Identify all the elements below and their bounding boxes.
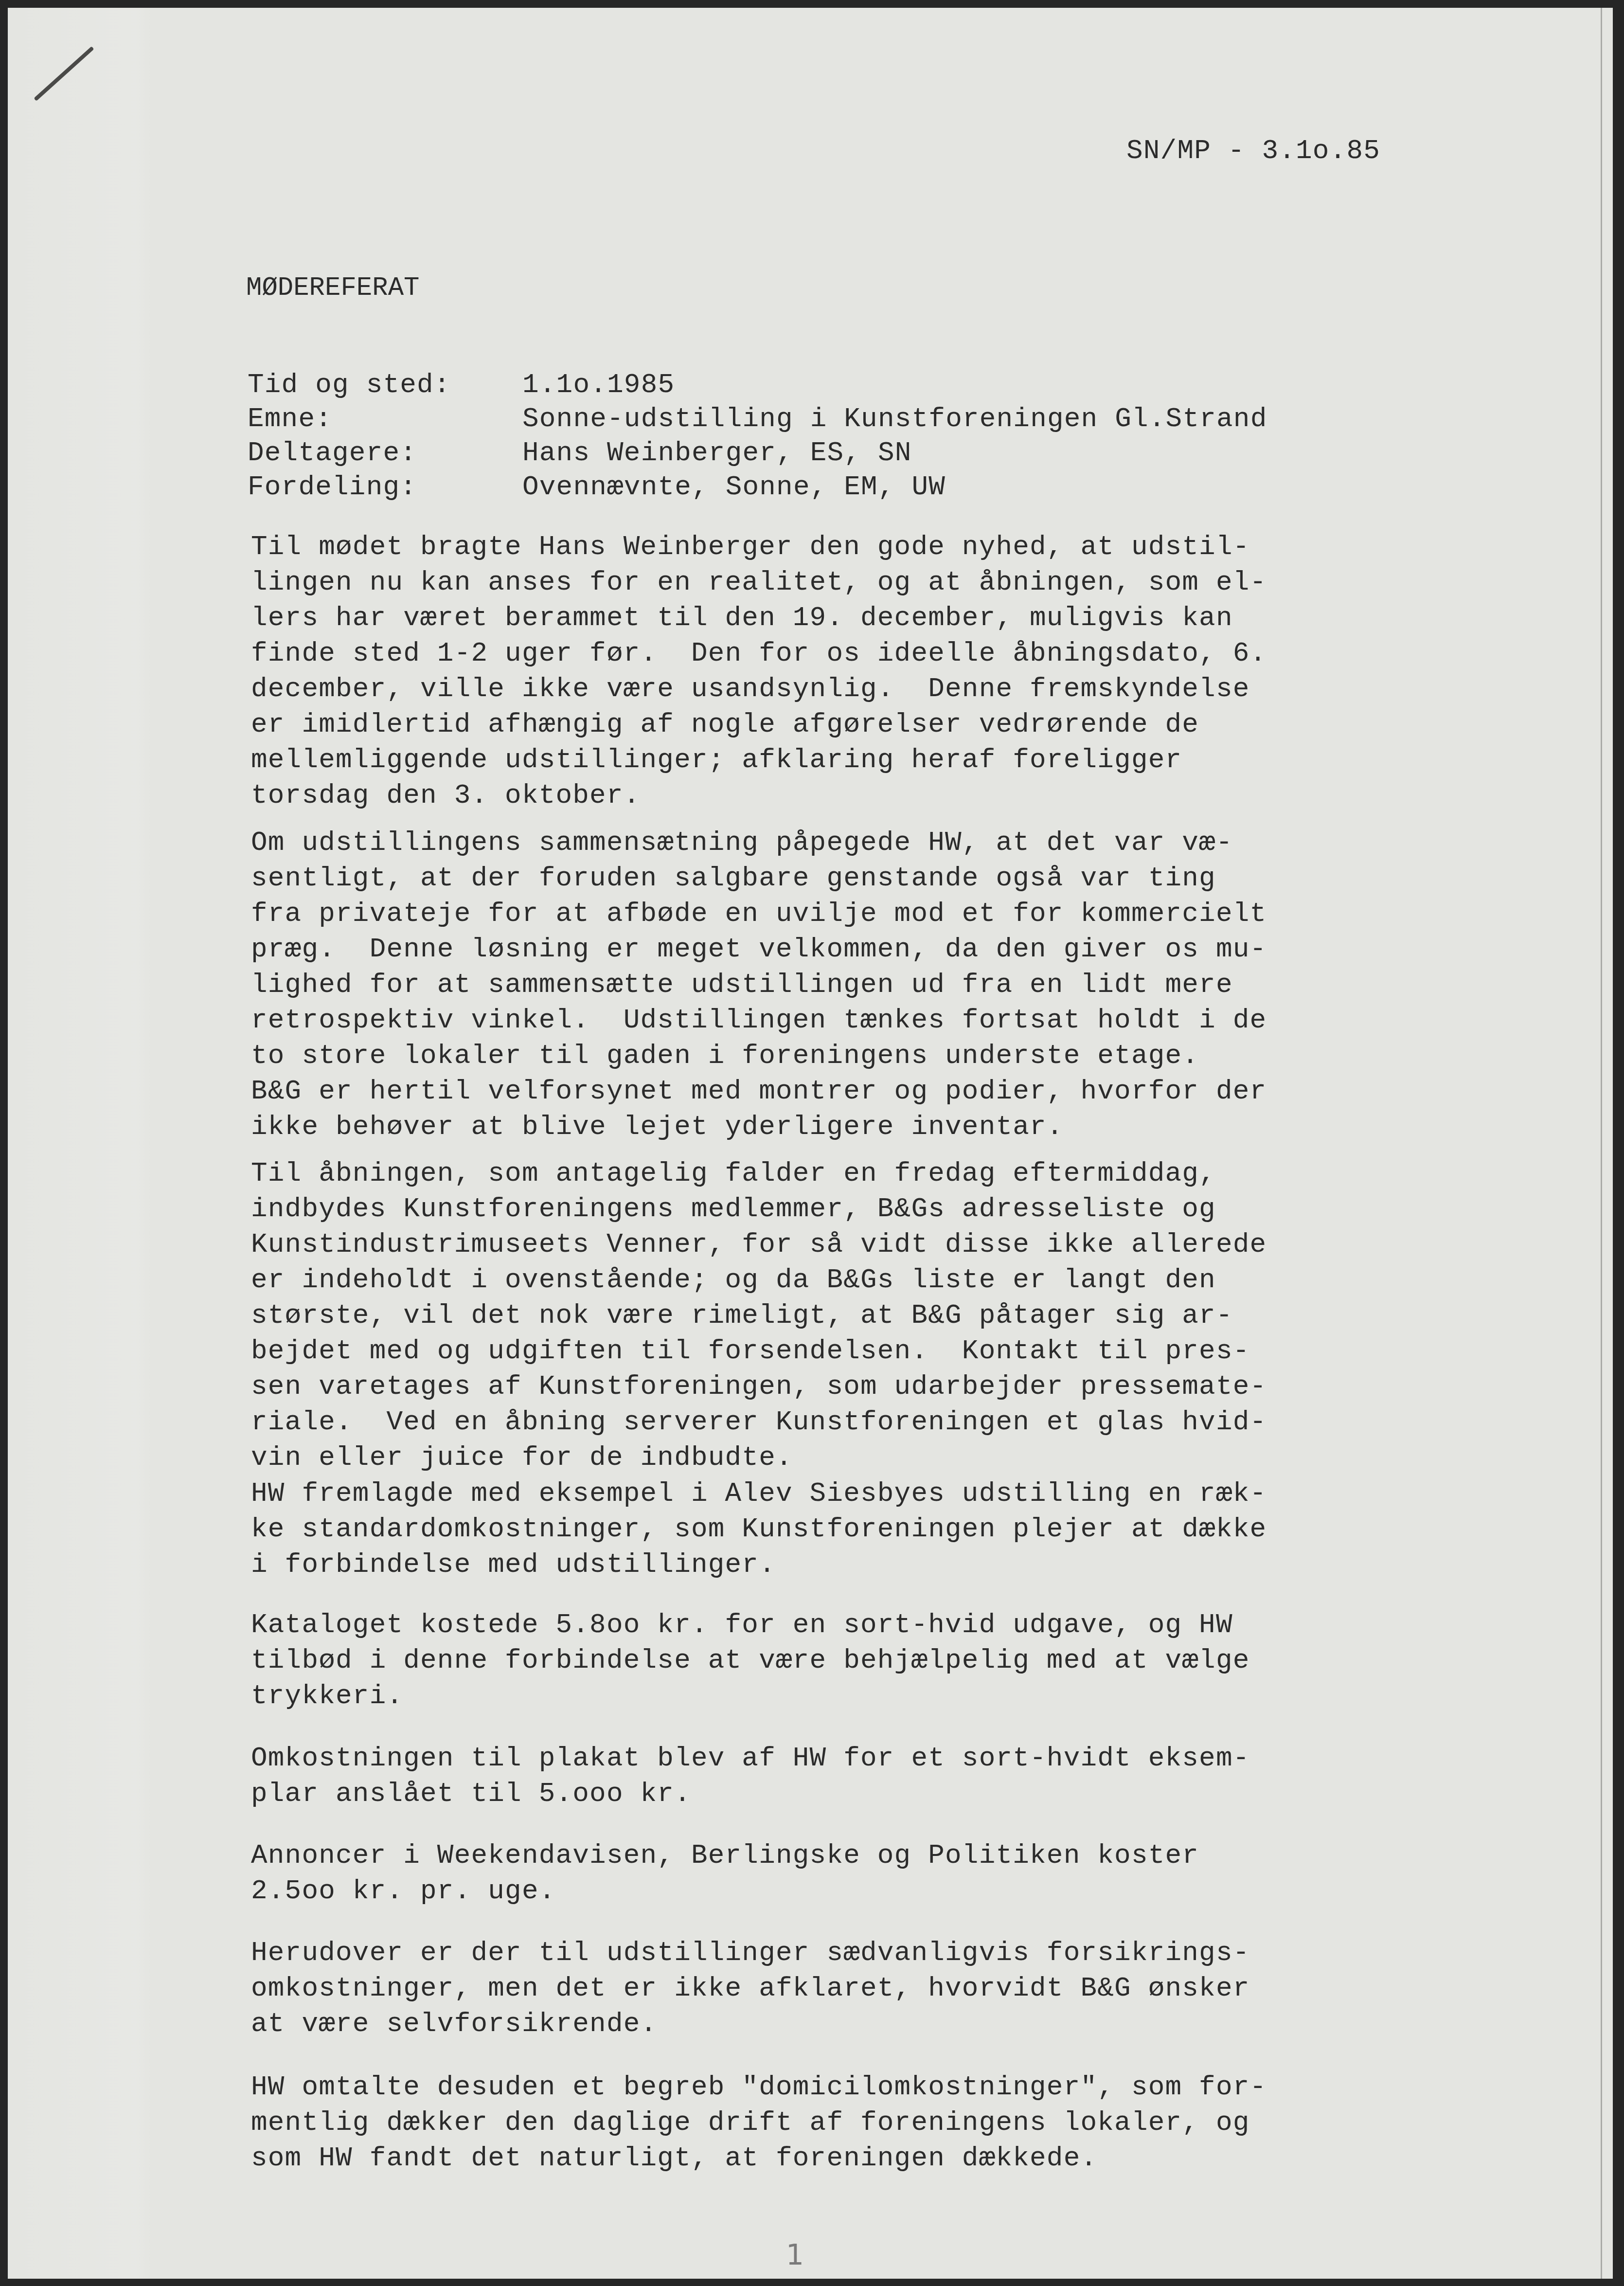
text-line: største, vil det nok være rimeligt, at B… xyxy=(251,1298,1447,1333)
text-line: december, ville ikke være usandsynlig. D… xyxy=(251,671,1447,707)
meta-value: Hans Weinberger, ES, SN xyxy=(522,436,912,470)
paragraph-composition: Om udstillingens sammensætning påpegede … xyxy=(251,825,1447,1145)
text-line: trykkeri. xyxy=(251,1678,1447,1714)
text-line: at være selvforsikrende. xyxy=(251,2006,1447,2042)
document-title: MØDEREFERAT xyxy=(246,270,419,306)
text-line: torsdag den 3. oktober. xyxy=(251,778,1447,813)
reference-date: SN/MP - 3.1o.85 xyxy=(1126,133,1380,169)
text-line: riale. Ved en åbning serverer Kunstforen… xyxy=(251,1404,1447,1440)
text-line: er indeholdt i ovenstående; og da B&Gs l… xyxy=(251,1262,1447,1298)
pen-stroke-mark xyxy=(34,46,94,101)
text-line: tilbød i denne forbindelse at være behjæ… xyxy=(251,1643,1447,1678)
paragraph-catalogue: Kataloget kostede 5.8oo kr. for en sort-… xyxy=(251,1607,1447,1714)
text-line: fra privateje for at afbøde en uvilje mo… xyxy=(251,896,1447,932)
paragraph-poster: Omkostningen til plakat blev af HW for e… xyxy=(251,1741,1447,1812)
meta-label: Tid og sted: xyxy=(248,368,451,402)
text-line: finde sted 1-2 uger før. Den for os idee… xyxy=(251,636,1447,671)
paragraph-invitations: Til åbningen, som antagelig falder en fr… xyxy=(251,1156,1447,1476)
text-line: bejdet med og udgiften til forsendelsen.… xyxy=(251,1333,1447,1369)
text-line: B&G er hertil velforsynet med montrer og… xyxy=(251,1074,1447,1109)
text-line: omkostninger, men det er ikke afklaret, … xyxy=(251,1971,1447,2006)
text-line: Kataloget kostede 5.8oo kr. for en sort-… xyxy=(251,1607,1447,1643)
meta-value: Sonne-udstilling i Kunstforeningen Gl.St… xyxy=(522,402,1267,436)
text-line: Til åbningen, som antagelig falder en fr… xyxy=(251,1156,1447,1191)
text-line: Til mødet bragte Hans Weinberger den god… xyxy=(251,529,1447,565)
text-line: Kunstindustrimuseets Venner, for så vidt… xyxy=(251,1227,1447,1262)
text-line: sentligt, at der foruden salgbare gensta… xyxy=(251,861,1447,896)
page-edge-shadow xyxy=(1601,8,1602,2279)
text-line: er imidlertid afhængig af nogle afgørels… xyxy=(251,707,1447,742)
paragraph-insurance: Herudover er der til udstillinger sædvan… xyxy=(251,1935,1447,2042)
paragraph-standard-costs: HW fremlagde med eksempel i Alev Siesbye… xyxy=(251,1476,1447,1583)
text-line: vin eller juice for de indbudte. xyxy=(251,1440,1447,1476)
text-line: i forbindelse med udstillinger. xyxy=(251,1547,1447,1583)
text-line: Om udstillingens sammensætning påpegede … xyxy=(251,825,1447,861)
text-line: lers har været berammet til den 19. dece… xyxy=(251,600,1447,636)
meta-value: 1.1o.1985 xyxy=(522,368,675,402)
meta-label: Deltagere: xyxy=(248,436,417,470)
paragraph-advertising: Annoncer i Weekendavisen, Berlingske og … xyxy=(251,1838,1447,1909)
text-line: Herudover er der til udstillinger sædvan… xyxy=(251,1935,1447,1971)
text-line: Annoncer i Weekendavisen, Berlingske og … xyxy=(251,1838,1447,1873)
text-line: plar anslået til 5.ooo kr. xyxy=(251,1776,1447,1812)
text-line: mellemliggende udstillinger; afklaring h… xyxy=(251,742,1447,778)
text-line: lingen nu kan anses for en realitet, og … xyxy=(251,565,1447,600)
text-line: som HW fandt det naturligt, at foreninge… xyxy=(251,2141,1447,2176)
meta-label: Fordeling: xyxy=(248,470,417,504)
paragraph-domicile-costs: HW omtalte desuden et begreb "domicilomk… xyxy=(251,2070,1447,2176)
text-line: lighed for at sammensætte udstillingen u… xyxy=(251,967,1447,1003)
text-line: ke standardomkostninger, som Kunstforeni… xyxy=(251,1512,1447,1547)
text-line: ikke behøver at blive lejet yderligere i… xyxy=(251,1109,1447,1145)
text-line: mentlig dækker den daglige drift af fore… xyxy=(251,2105,1447,2141)
handwritten-page-number: 1 xyxy=(786,2238,804,2271)
text-line: HW omtalte desuden et begreb "domicilomk… xyxy=(251,2070,1447,2105)
paragraph-opening-news: Til mødet bragte Hans Weinberger den god… xyxy=(251,529,1447,813)
document-page: SN/MP - 3.1o.85 MØDEREFERAT Tid og sted:… xyxy=(8,8,1613,2279)
text-line: sen varetages af Kunstforeningen, som ud… xyxy=(251,1369,1447,1404)
text-line: Omkostningen til plakat blev af HW for e… xyxy=(251,1741,1447,1776)
text-line: præg. Denne løsning er meget velkommen, … xyxy=(251,932,1447,967)
text-line: to store lokaler til gaden i foreningens… xyxy=(251,1038,1447,1074)
text-line: 2.5oo kr. pr. uge. xyxy=(251,1873,1447,1909)
meta-value: Ovennævnte, Sonne, EM, UW xyxy=(522,470,946,504)
text-line: retrospektiv vinkel. Udstillingen tænkes… xyxy=(251,1003,1447,1038)
text-line: HW fremlagde med eksempel i Alev Siesbye… xyxy=(251,1476,1447,1512)
meta-label: Emne: xyxy=(248,402,332,436)
text-line: indbydes Kunstforeningens medlemmer, B&G… xyxy=(251,1191,1447,1227)
